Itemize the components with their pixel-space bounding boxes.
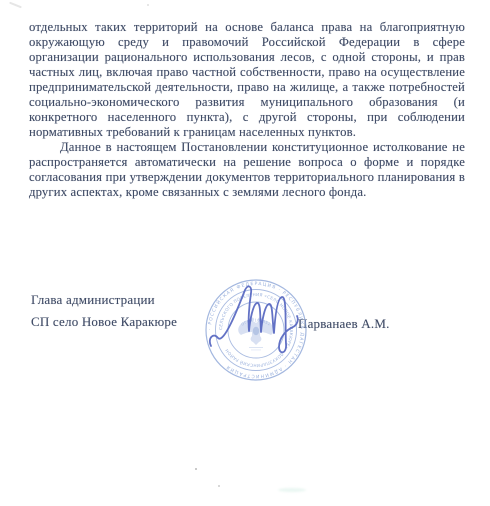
scan-artifact <box>147 4 149 6</box>
scan-artifact <box>9 2 22 9</box>
text-line: окружающую среду и правомочий Российской… <box>29 35 465 50</box>
text-line: отдельных таких территорий на основе бал… <box>29 20 465 35</box>
text-line: частных лиц, включая право частной собст… <box>29 65 465 80</box>
signatory-position-line1: Глава администрации <box>31 292 155 308</box>
text-line: организации рационального использования … <box>29 50 465 65</box>
signatory-position-line2: СП село Новое Каракюре <box>31 314 177 330</box>
body-text: отдельных таких территорий на основе бал… <box>29 20 465 200</box>
text-line: социально-экономического развития муници… <box>29 95 465 110</box>
scan-artifact <box>218 485 220 487</box>
text-line: распространяется автоматически на решени… <box>29 155 465 170</box>
text-line: конкретного населенного пункта), с друго… <box>29 110 465 125</box>
scan-artifact <box>278 488 306 492</box>
signature-stroke <box>210 286 298 352</box>
document-page: отдельных таких территорий на основе бал… <box>0 0 490 506</box>
handwritten-signature <box>198 270 313 360</box>
text-line: согласования при утверждении документов … <box>29 170 465 185</box>
text-line: нормативных требований к границам населе… <box>29 125 465 140</box>
scan-artifact <box>195 468 197 470</box>
text-line: предпринимательской деятельности, право … <box>29 80 465 95</box>
text-line: Данное в настоящем Постановлении констит… <box>29 140 465 155</box>
text-line: других аспектах, кроме связанных с земля… <box>29 185 465 200</box>
